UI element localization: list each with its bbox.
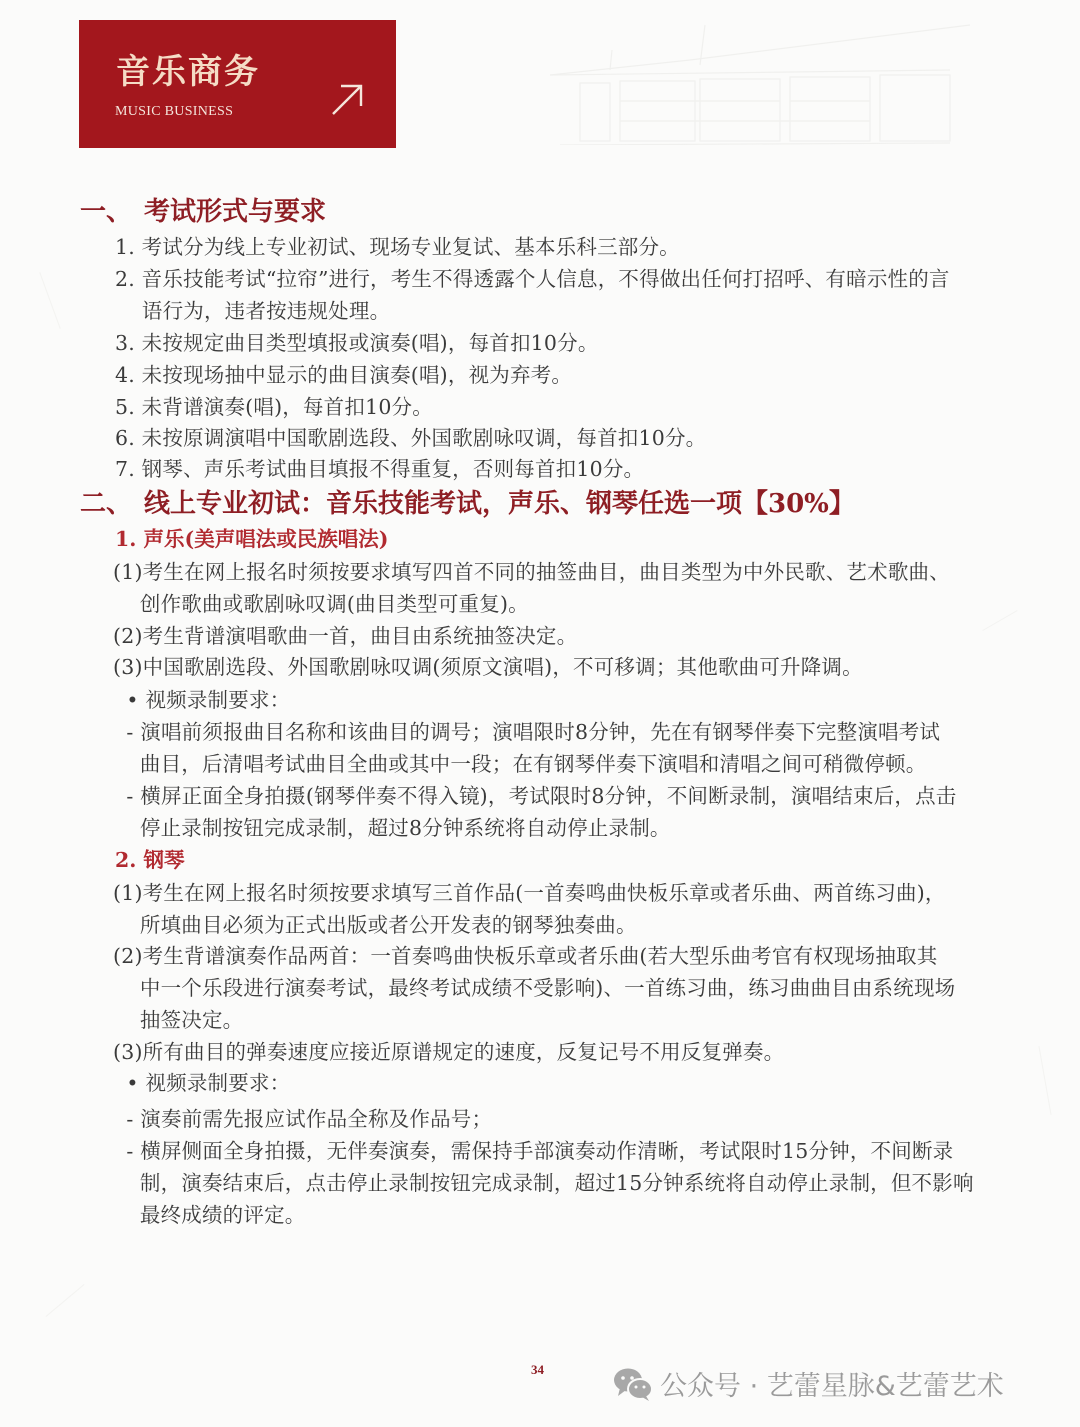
piano-line: 抽签决定。	[113, 1004, 243, 1036]
rule-line: 7. 钢琴、声乐考试曲目填报不得重复，否则每首扣10分。	[115, 453, 644, 485]
watermark-text: 公众号 · 艺蕾星脉&艺蕾艺术	[660, 1364, 1004, 1403]
vocal-line: - 演唱前须报曲目名称和该曲目的调号；演唱限时8分钟，先在有钢琴伴奏下完整演唱考…	[113, 716, 940, 748]
section-1-heading: 二、 一、考试形式与要求	[80, 194, 326, 230]
piano-line: 最终成绩的评定。	[113, 1199, 305, 1231]
vocal-line: (2)考生背谱演唱歌曲一首，曲目由系统抽签决定。	[113, 620, 577, 652]
rule-line: 2. 音乐技能考试“拉帘”进行，考生不得透露个人信息，不得做出任何打招呼、有暗示…	[115, 263, 950, 295]
page-number: 34	[531, 1362, 544, 1378]
piano-video-requirements-label: • 视频录制要求：	[113, 1067, 290, 1099]
rule-line: 5. 未背谱演奏(唱)，每首扣10分。	[115, 391, 433, 423]
piano-heading: 2. 钢琴	[115, 844, 185, 876]
vocal-line: - 横屏正面全身拍摄(钢琴伴奏不得入镜)，考试限时8分钟，不间断录制，演唱结束后…	[113, 780, 957, 812]
rule-line: 6. 未按原调演唱中国歌剧选段、外国歌剧咏叹调，每首扣10分。	[115, 422, 706, 454]
vocal-line: (1)考生在网上报名时须按要求填写四首不同的抽签曲目，曲目类型为中外民歌、艺术歌…	[113, 556, 950, 588]
vocal-line: 停止录制按钮完成录制，超过8分钟系统将自动停止录制。	[113, 812, 671, 844]
vocal-video-requirements-label: • 视频录制要求：	[113, 684, 290, 716]
section-2-heading: 二、线上专业初试：音乐技能考试，声乐、钢琴任选一项【30%】	[80, 486, 855, 522]
piano-line: - 演奏前需先报应试作品全称及作品号；	[113, 1103, 492, 1135]
vocal-heading: 1. 声乐(美声唱法或民族唱法)	[115, 523, 388, 555]
arrow-up-right-icon	[329, 82, 365, 118]
piano-line: 中一个乐段进行演奏考试，最终考试成绩不受影响)、一首练习曲，练习曲曲目由系统现场	[113, 972, 955, 1004]
piano-line: - 横屏侧面全身拍摄，无伴奏演奏，需保持手部演奏动作清晰，考试限时15分钟，不间…	[113, 1135, 953, 1167]
rule-line: 4. 未按现场抽中显示的曲目演奏(唱)，视为弃考。	[115, 359, 572, 391]
vocal-line: 创作歌曲或歌剧咏叹调(曲目类型可重复)。	[113, 588, 529, 620]
section-1-title: 考试形式与要求	[144, 197, 326, 227]
vocal-line: 曲目，后清唱考试曲目全曲或其中一段；在有钢琴伴奏下演唱和清唱之间可稍微停顿。	[113, 748, 926, 780]
piano-line: 制，演奏结束后，点击停止录制按钮完成录制，超过15分钟系统将自动停止录制，但不影…	[113, 1167, 974, 1199]
section-2-title: 线上专业初试：音乐技能考试，声乐、钢琴任选一项【30%】	[144, 489, 855, 519]
wechat-icon	[612, 1366, 654, 1402]
wechat-watermark: 公众号 · 艺蕾星脉&艺蕾艺术	[612, 1364, 1004, 1403]
rule-line: 3. 未按规定曲目类型填报或演奏(唱)，每首扣10分。	[115, 327, 599, 359]
piano-line: 所填曲目必须为正式出版或者公开发表的钢琴独奏曲。	[113, 909, 637, 941]
piano-line: (1)考生在网上报名时须按要求填写三首作品(一首奏鸣曲快板乐章或者乐曲、两首练习…	[113, 877, 946, 909]
rule-line: 1. 考试分为线上专业初试、现场专业复试、基本乐科三部分。	[115, 231, 680, 263]
section-1-number: 一、	[80, 194, 144, 230]
building-sketch-decoration	[540, 15, 980, 145]
section-2-number: 二、	[80, 486, 144, 522]
rule-line: 语行为，违者按违规处理。	[115, 295, 390, 327]
vocal-line: (3)中国歌剧选段、外国歌剧咏叹调(须原文演唱)，不可移调；其他歌曲可升降调。	[113, 651, 863, 683]
section-banner: 音乐商务 MUSIC BUSINESS	[79, 20, 396, 148]
banner-title: 音乐商务	[116, 44, 260, 93]
piano-line: (2)考生背谱演奏作品两首：一首奏鸣曲快板乐章或者乐曲(若大型乐曲考官有权现场抽…	[113, 940, 937, 972]
banner-subtitle: MUSIC BUSINESS	[115, 104, 233, 120]
piano-line: (3)所有曲目的弹奏速度应接近原谱规定的速度，反复记号不用反复弹奏。	[113, 1036, 784, 1068]
